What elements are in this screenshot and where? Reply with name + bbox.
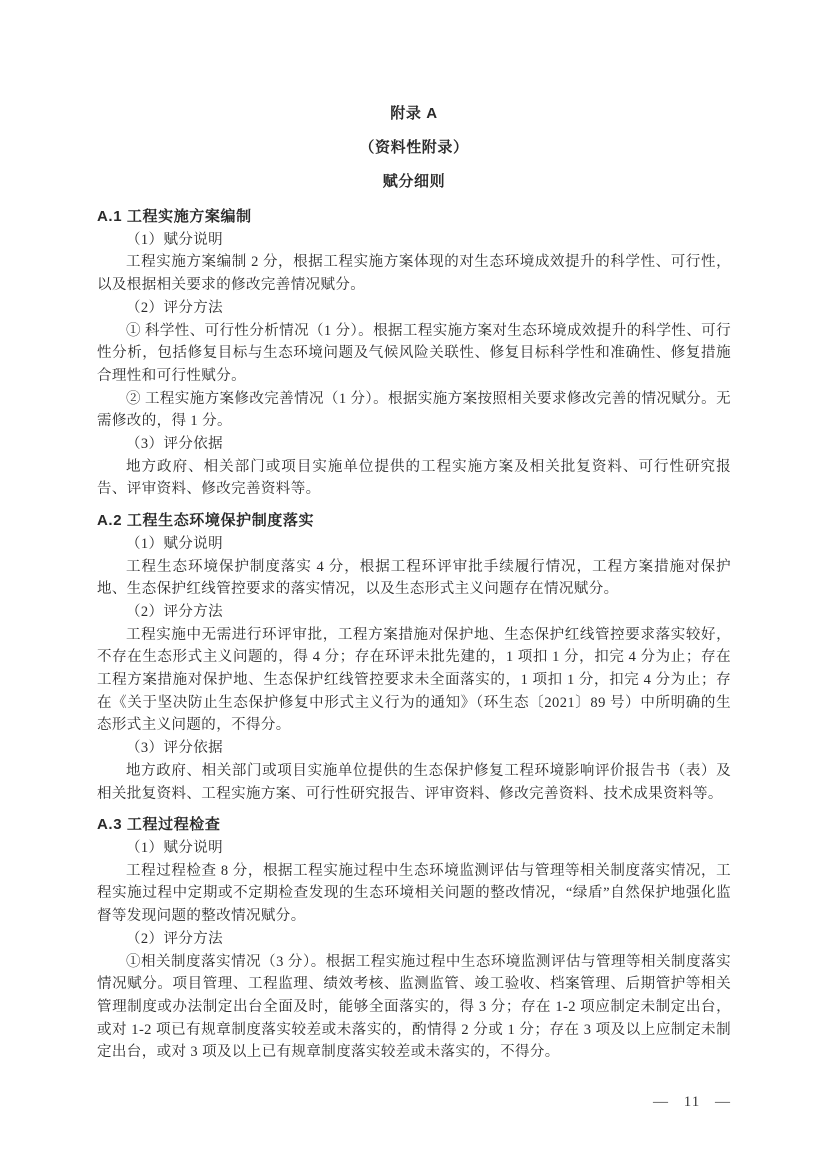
paragraph: （2）评分方法 bbox=[97, 928, 731, 951]
paragraph: 工程过程检查 8 分，根据工程实施过程中生态环境监测评估与管理等相关制度落实情况… bbox=[97, 860, 731, 928]
appendix-type-title: （资料性附录） bbox=[97, 138, 731, 158]
paragraph: 地方政府、相关部门或项目实施单位提供的工程实施方案及相关批复资料、可行性研究报告… bbox=[97, 456, 731, 501]
appendix-subtitle: 赋分细则 bbox=[97, 172, 731, 192]
paragraph: ①相关制度落实情况（3 分）。根据工程实施过程中生态环境监测评估与管理等相关制度… bbox=[97, 951, 731, 1065]
paragraph: （1）赋分说明 bbox=[97, 229, 731, 252]
appendix-title: 附录 A bbox=[97, 104, 731, 124]
paragraph: ① 科学性、可行性分析情况（1 分）。根据工程实施方案对生态环境成效提升的科学性… bbox=[97, 320, 731, 388]
paragraph: （1）赋分说明 bbox=[97, 533, 731, 556]
paragraph: （2）评分方法 bbox=[97, 601, 731, 624]
paragraph: （2）评分方法 bbox=[97, 297, 731, 320]
section-a1: A.1 工程实施方案编制 （1）赋分说明 工程实施方案编制 2 分，根据工程实施… bbox=[97, 206, 731, 501]
section-a1-heading: A.1 工程实施方案编制 bbox=[97, 206, 731, 229]
paragraph: 地方政府、相关部门或项目实施单位提供的生态保护修复工程环境影响评价报告书（表）及… bbox=[97, 760, 731, 805]
section-a2-heading: A.2 工程生态环境保护制度落实 bbox=[97, 510, 731, 533]
paragraph: 工程生态环境保护制度落实 4 分，根据工程环评审批手续履行情况，工程方案措施对保… bbox=[97, 556, 731, 601]
document-content: 附录 A （资料性附录） 赋分细则 A.1 工程实施方案编制 （1）赋分说明 工… bbox=[97, 104, 731, 1064]
section-a3: A.3 工程过程检查 （1）赋分说明 工程过程检查 8 分，根据工程实施过程中生… bbox=[97, 814, 731, 1064]
paragraph: （3）评分依据 bbox=[97, 433, 731, 456]
page-number: — 11 — bbox=[653, 1094, 731, 1111]
paragraph: 工程实施中无需进行环评审批，工程方案措施对保护地、生态保护红线管控要求落实较好，… bbox=[97, 624, 731, 738]
section-a3-heading: A.3 工程过程检查 bbox=[97, 814, 731, 837]
paragraph: 工程实施方案编制 2 分，根据工程实施方案体现的对生态环境成效提升的科学性、可行… bbox=[97, 251, 731, 296]
document-page: 附录 A （资料性附录） 赋分细则 A.1 工程实施方案编制 （1）赋分说明 工… bbox=[0, 0, 826, 1169]
section-a2: A.2 工程生态环境保护制度落实 （1）赋分说明 工程生态环境保护制度落实 4 … bbox=[97, 510, 731, 805]
paragraph: （1）赋分说明 bbox=[97, 837, 731, 860]
paragraph: ② 工程实施方案修改完善情况（1 分）。根据实施方案按照相关要求修改完善的情况赋… bbox=[97, 388, 731, 433]
paragraph: （3）评分依据 bbox=[97, 737, 731, 760]
